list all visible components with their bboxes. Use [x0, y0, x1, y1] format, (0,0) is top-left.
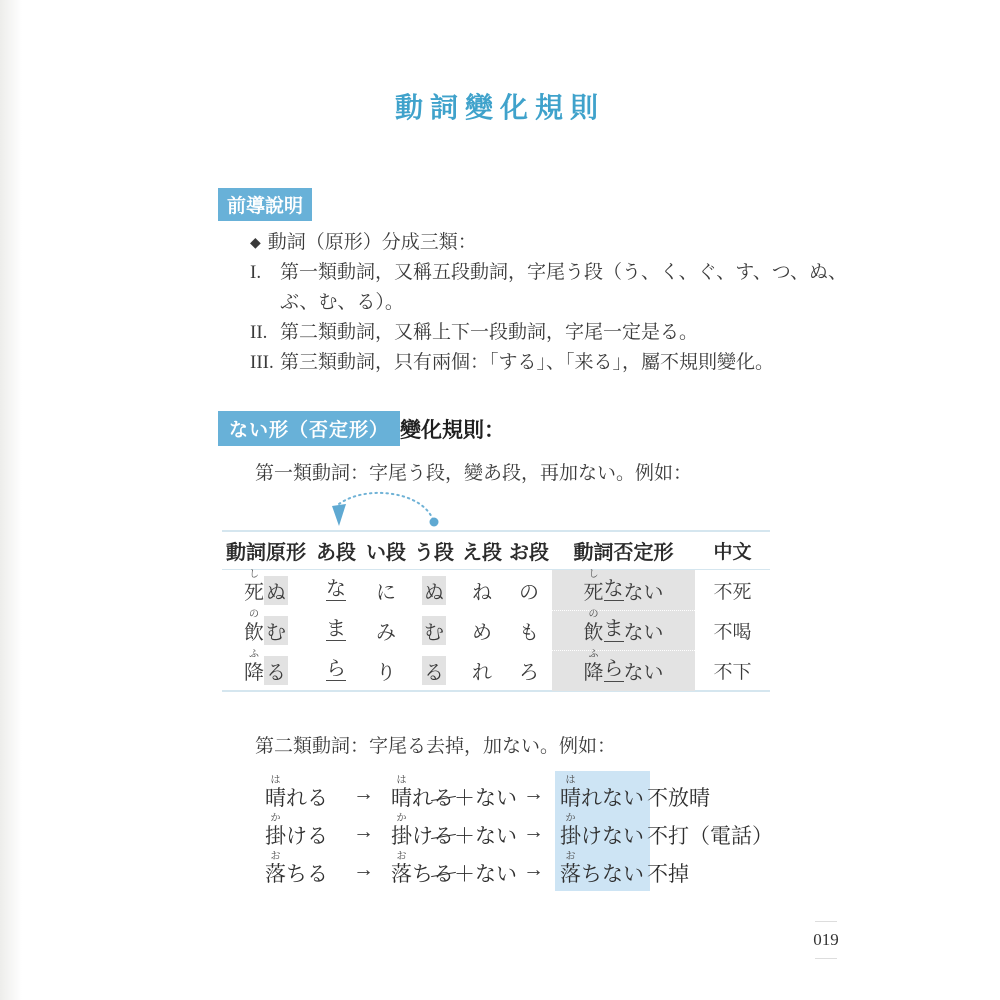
- col-header: う段: [410, 532, 458, 569]
- furigana: し: [589, 565, 599, 580]
- example-row: お落ちる → お落ちる＋ない → お落ちない 不掉: [255, 846, 815, 884]
- furigana: お: [566, 847, 576, 862]
- a-dan-kana: ら: [326, 659, 346, 682]
- section-chip-nai-form: ない形（否定形）: [218, 411, 400, 446]
- page-number-rule-bottom: [815, 958, 837, 959]
- changed-kana: な: [604, 579, 624, 602]
- list-item-numeral: I.: [250, 258, 261, 288]
- i-dan-kana: み: [376, 616, 396, 645]
- plus-nai: ＋ない: [454, 863, 517, 886]
- nai-suffix: ない: [624, 576, 664, 605]
- arrow-start-dot: [430, 518, 439, 527]
- intro-bullet-text: 動詞（原形）分成三類：: [268, 232, 477, 253]
- col-header: え段: [458, 532, 506, 569]
- furigana: か: [566, 809, 576, 824]
- example-row: は晴れる → は晴れる＋ない → は晴れない 不放晴: [255, 770, 815, 808]
- right-arrow-icon: →: [353, 820, 374, 844]
- diamond-bullet-icon: ◆: [250, 236, 261, 251]
- right-arrow-icon: →: [523, 782, 544, 806]
- list-item-line: 第二類動詞，又稱上下一段動詞，字尾一定是る。: [280, 318, 847, 348]
- furigana: は: [397, 771, 407, 786]
- i-dan-kana: に: [376, 576, 396, 605]
- furigana: ふ: [589, 645, 599, 660]
- chinese-gloss: 不掉: [647, 858, 689, 888]
- changed-kana: ま: [604, 619, 624, 642]
- section-chip-intro: 前導說明: [218, 188, 312, 221]
- right-arrow-icon: →: [523, 820, 544, 844]
- group2-rule-text: 第二類動詞：字尾る去掉，加ない。例如：: [255, 731, 616, 758]
- negative-form-cell: の飲まない: [552, 610, 695, 651]
- col-header: 中文: [695, 532, 770, 569]
- example-result-highlighted: お落ちない: [555, 847, 650, 891]
- example-row: か掛ける → か掛ける＋ない → か掛けない 不打（電話）: [255, 808, 815, 846]
- right-arrow-icon: →: [353, 858, 374, 882]
- right-arrow-icon: →: [523, 858, 544, 882]
- godan-negative-table: 動詞原形 あ段 い段 う段 え段 お段 動詞否定形 中文 し死ぬ な に ぬ ね…: [222, 530, 770, 692]
- a-dan-kana: ま: [326, 619, 346, 642]
- verb-class-list: I. 第一類動詞，又稱五段動詞，字尾う段（う、く、ぐ、す、つ、ぬ、 ぶ、む、る）…: [250, 258, 847, 378]
- furigana: は: [271, 771, 281, 786]
- furigana: ふ: [249, 645, 259, 660]
- furigana: は: [566, 771, 576, 786]
- furigana: の: [249, 605, 259, 620]
- plus-nai: ＋ない: [454, 787, 517, 810]
- page-number-rule-top: [815, 921, 837, 922]
- u-dan-kana: む: [422, 616, 446, 645]
- o-dan-kana: ろ: [519, 656, 539, 685]
- nai-suffix: ない: [624, 616, 664, 645]
- col-header: い段: [362, 532, 410, 569]
- verb-original-cell: し死ぬ: [222, 570, 310, 610]
- struck-ru-kana: る: [433, 858, 454, 888]
- chinese-gloss: 不下: [713, 657, 751, 684]
- highlighted-tail-kana: む: [264, 616, 288, 645]
- verb-kanji: 死: [244, 582, 264, 604]
- page-title: 動詞變化規則: [0, 86, 1000, 126]
- curve-arrow-icon: [315, 484, 447, 532]
- u-dan-kana: る: [422, 656, 446, 685]
- list-item-line: 第一類動詞，又稱五段動詞，字尾う段（う、く、ぐ、す、つ、ぬ、: [280, 258, 847, 288]
- col-header: あ段: [310, 532, 362, 569]
- chinese-gloss: 不死: [713, 577, 751, 604]
- plus-nai: ＋ない: [454, 825, 517, 848]
- col-header: 動詞否定形: [552, 532, 695, 569]
- negative-form-cell: し死なない: [552, 570, 695, 610]
- verb-kanji: 飲: [244, 622, 264, 644]
- example-formula: お落ちる＋ない: [391, 858, 517, 888]
- highlighted-tail-kana: ぬ: [264, 576, 288, 605]
- verb-original-cell: ふ降る: [222, 650, 310, 690]
- verb-kanji: 降: [584, 662, 604, 684]
- table-header-row: 動詞原形 あ段 い段 う段 え段 お段 動詞否定形 中文: [222, 532, 770, 570]
- u-dan-kana: ぬ: [422, 576, 446, 605]
- list-item-numeral: II.: [250, 318, 267, 348]
- verb-kanji: 飲: [584, 622, 604, 644]
- page-left-edge: [0, 0, 22, 1000]
- group1-rule-text: 第一類動詞：字尾う段，變あ段，再加ない。例如：: [255, 458, 692, 485]
- verb-kanji: 死: [584, 582, 604, 604]
- book-page: 動詞變化規則 前導說明 ◆動詞（原形）分成三類： I. 第一類動詞，又稱五段動詞…: [0, 0, 1000, 1000]
- furigana: の: [589, 605, 599, 620]
- list-item: III. 第三類動詞，只有兩個：「する」、「来る」，屬不規則變化。: [250, 348, 847, 378]
- furigana: か: [271, 809, 281, 824]
- arrow-head: [332, 504, 346, 526]
- highlighted-tail-kana: る: [264, 656, 288, 685]
- e-dan-kana: れ: [472, 656, 492, 685]
- furigana: お: [397, 847, 407, 862]
- negative-form-cell: ふ降らない: [552, 650, 695, 691]
- verb-original-cell: の飲む: [222, 610, 310, 650]
- list-item-line: 第三類動詞，只有兩個：「する」、「来る」，屬不規則變化。: [280, 348, 847, 378]
- o-dan-kana: の: [519, 576, 539, 605]
- list-item-line: ぶ、む、る）。: [280, 288, 847, 318]
- nai-section-heading: 變化規則：: [400, 414, 505, 444]
- i-dan-kana: り: [376, 656, 396, 685]
- curve-arrow-path: [339, 493, 433, 520]
- furigana: お: [271, 847, 281, 862]
- furigana: し: [249, 565, 259, 580]
- furigana: か: [397, 809, 407, 824]
- col-header: お段: [506, 532, 552, 569]
- example-base-word: お落ちる: [265, 858, 328, 888]
- chinese-gloss: 不喝: [713, 617, 751, 644]
- a-dan-kana: な: [326, 579, 346, 602]
- verb-kanji: 降: [244, 662, 264, 684]
- right-arrow-icon: →: [353, 782, 374, 806]
- list-item-numeral: III.: [250, 348, 274, 378]
- table-row: し死ぬ な に ぬ ね の し死なない 不死: [222, 570, 770, 610]
- changed-kana: ら: [604, 659, 624, 682]
- e-dan-kana: ね: [472, 576, 492, 605]
- page-number: 019: [800, 930, 852, 950]
- nai-suffix: ない: [624, 656, 664, 685]
- e-dan-kana: め: [472, 616, 492, 645]
- o-dan-kana: も: [519, 616, 539, 645]
- intro-bullet-line: ◆動詞（原形）分成三類：: [250, 230, 477, 257]
- table-row: の飲む ま み む め も の飲まない 不喝: [222, 610, 770, 650]
- list-item: I. 第一類動詞，又稱五段動詞，字尾う段（う、く、ぐ、す、つ、ぬ、 ぶ、む、る）…: [250, 258, 847, 318]
- list-item: II. 第二類動詞，又稱上下一段動詞，字尾一定是る。: [250, 318, 847, 348]
- col-header: 動詞原形: [222, 532, 310, 569]
- table-row: ふ降る ら り る れ ろ ふ降らない 不下: [222, 650, 770, 690]
